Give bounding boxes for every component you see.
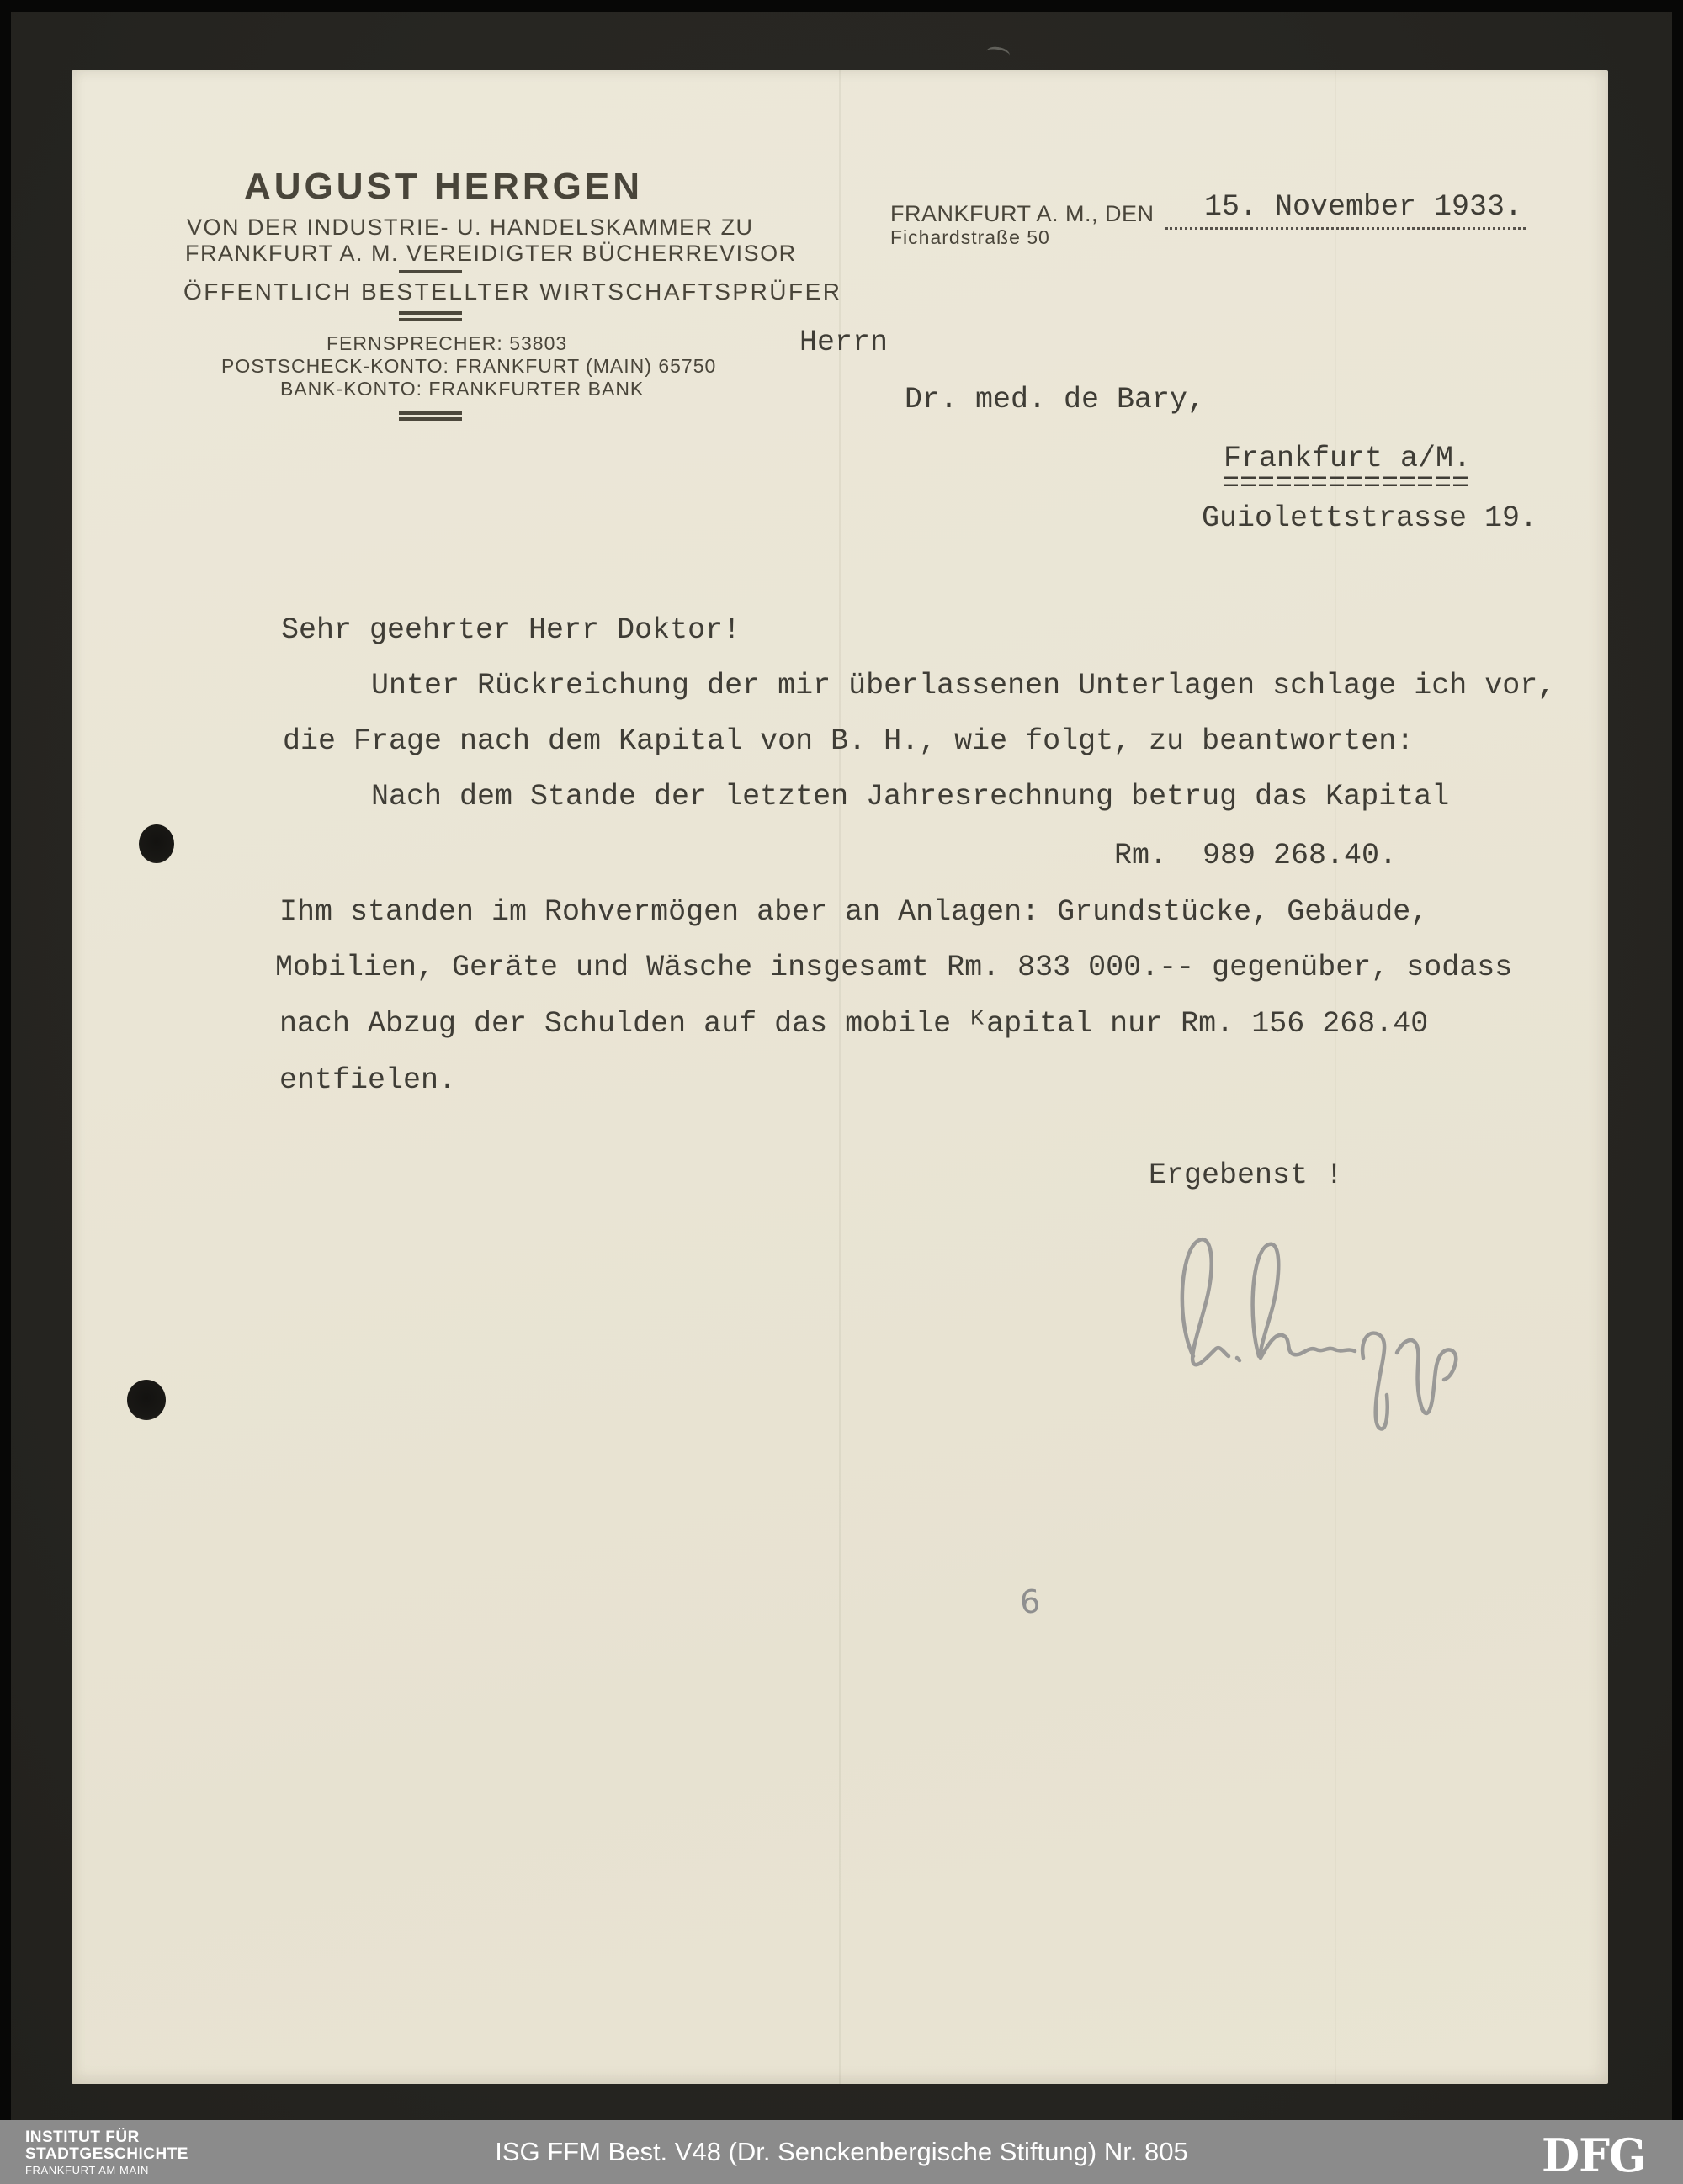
scanned-letter-page: AUGUST HERRGEN VON DER INDUSTRIE- U. HAN… — [0, 0, 1683, 2184]
letterhead-phone: FERNSPRECHER: 53803 — [327, 332, 567, 355]
letterhead-bank: BANK-KONTO: FRANKFURTER BANK — [280, 378, 644, 400]
letterhead-double-rule — [399, 318, 462, 321]
body-para1-l1: Unter Rückreichung der mir überlassenen … — [371, 671, 1555, 702]
recipient-name: Dr. med. de Bary, — [905, 384, 1205, 416]
body-greeting: Sehr geehrter Herr Doktor! — [281, 615, 741, 646]
punch-hole-top — [139, 824, 174, 863]
letterhead-double-rule — [399, 311, 462, 315]
letterhead-line1: VON DER INDUSTRIE- U. HANDELSKAMMER ZU — [187, 215, 754, 241]
dateline-dotted-rule: 15. November 1933. — [1165, 193, 1526, 230]
archive-reference: ISG FFM Best. V48 (Dr. Senckenbergische … — [0, 2137, 1683, 2167]
body-closing: Ergebenst ! — [1149, 1160, 1343, 1191]
letterhead-line3: ÖFFENTLICH BESTELLTER WIRTSCHAFTSPRÜFER — [183, 278, 842, 305]
body-para1-l2: die Frage nach dem Kapital von B. H., wi… — [283, 726, 1414, 757]
punch-hole-bottom — [127, 1380, 166, 1420]
letterhead-bottom-rule — [399, 411, 462, 415]
recipient-salutation: Herrn — [799, 327, 888, 358]
paper-crease — [839, 70, 841, 2084]
typed-date: 15. November 1933. — [1204, 192, 1522, 223]
body-para3-l4: entfielen. — [279, 1065, 456, 1096]
body-para3-l1: Ihm standen im Rohvermögen aber an Anlag… — [279, 897, 1428, 928]
archive-footer-bar: INSTITUT FÜR STADTGESCHICHTE FRANKFURT A… — [0, 2120, 1683, 2184]
letterhead-name: AUGUST HERRGEN — [244, 166, 643, 208]
dfg-logo: DFG — [1542, 2128, 1645, 2182]
signature — [1168, 1230, 1458, 1436]
paper-crease — [1335, 70, 1336, 2084]
body-para2-l1: Nach dem Stande der letzten Jahresrechnu… — [371, 782, 1449, 813]
dateline-street: Fichardstraße 50 — [890, 226, 1050, 249]
letterhead-line2: FRANKFURT A. M. VEREIDIGTER BÜCHERREVISO… — [185, 241, 797, 267]
letterhead-bottom-rule — [399, 417, 462, 421]
recipient-underline: ============== — [1222, 469, 1469, 500]
pencil-page-number: 6 — [1018, 1582, 1041, 1621]
letterhead-postal: POSTSCHECK-KONTO: FRANKFURT (MAIN) 65750 — [221, 355, 716, 378]
letterhead-rule — [399, 270, 462, 273]
recipient-street: Guiolettstrasse 19. — [1202, 503, 1537, 534]
body-amount: Rm. 989 268.40. — [1114, 840, 1397, 872]
body-para3-l2: Mobilien, Geräte und Wäsche insgesamt Rm… — [275, 952, 1512, 983]
body-para3-l3: nach Abzug der Schulden auf das mobile ᴷ… — [279, 1009, 1428, 1040]
dateline-place: FRANKFURT A. M., DEN — [890, 201, 1155, 227]
